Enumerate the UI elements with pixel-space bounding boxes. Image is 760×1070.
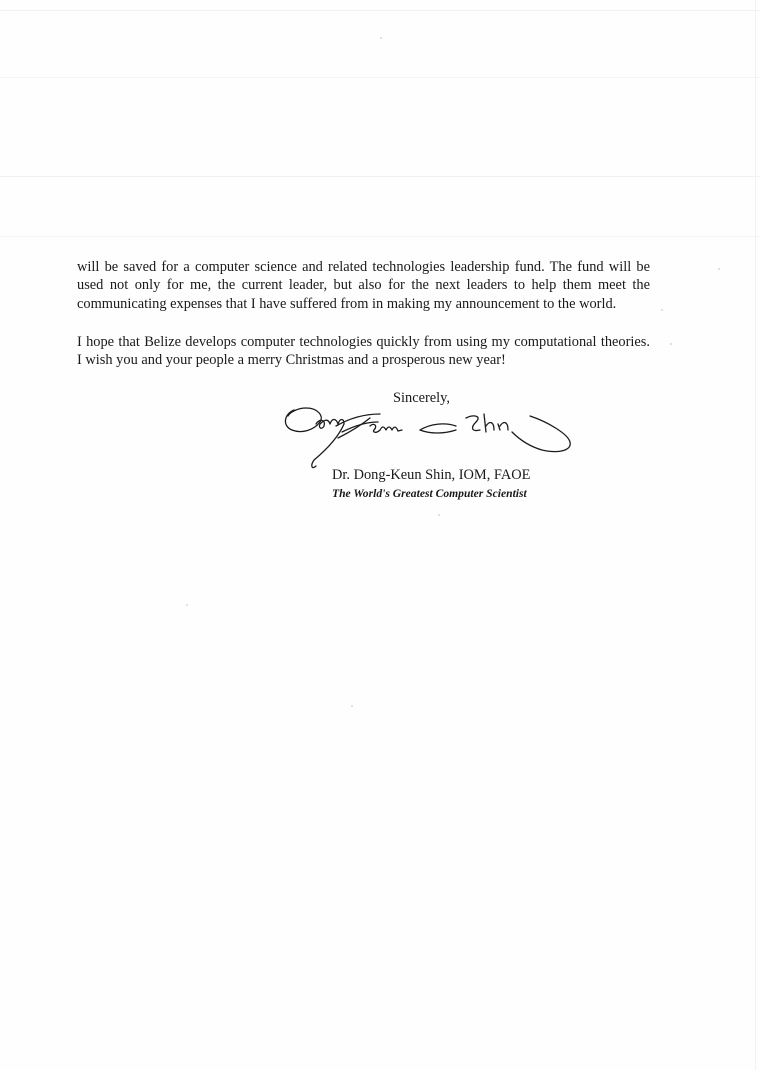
scan-artifact-line <box>0 77 760 78</box>
scan-speck <box>351 705 353 707</box>
signer-title: The World's Greatest Computer Scientist <box>332 487 527 500</box>
scan-speck <box>186 604 188 606</box>
signer-name: Dr. Dong-Keun Shin, IOM, FAOE <box>332 467 530 484</box>
scan-artifact-edge <box>755 0 756 1070</box>
scan-artifact-line <box>0 236 760 237</box>
scan-speck <box>380 37 382 39</box>
handwritten-signature-icon <box>280 404 580 476</box>
letter-paragraph: I hope that Belize develops computer tec… <box>77 333 650 370</box>
scan-artifact-line <box>0 10 760 11</box>
letter-page: will be saved for a computer science and… <box>0 0 760 1070</box>
letter-paragraph: will be saved for a computer science and… <box>77 258 650 313</box>
scan-speck <box>670 343 672 345</box>
scan-speck <box>661 309 663 311</box>
scan-artifact-line <box>0 176 760 177</box>
scan-speck <box>718 268 720 270</box>
scan-speck <box>438 514 440 516</box>
